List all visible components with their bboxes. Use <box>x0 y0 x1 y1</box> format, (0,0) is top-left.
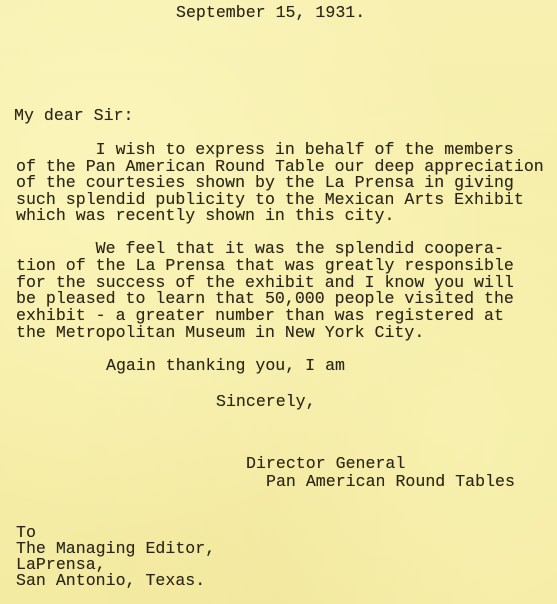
signature-organization: Pan American Round Tables <box>266 474 515 491</box>
valediction: Sincerely, <box>216 394 316 411</box>
closing-line: Again thanking you, I am <box>106 358 345 375</box>
letter-date: September 15, 1931. <box>176 5 365 22</box>
paragraph-2-line: the Metropolitan Museum in New York City… <box>16 325 424 342</box>
recipient-location: San Antonio, Texas. <box>16 573 205 590</box>
signature-title: Director General <box>246 456 405 473</box>
letter-page: September 15, 1931. My dear Sir: I wish … <box>0 0 557 604</box>
salutation: My dear Sir: <box>14 108 134 125</box>
paragraph-1-line: which was recently shown in this city. <box>16 208 394 225</box>
